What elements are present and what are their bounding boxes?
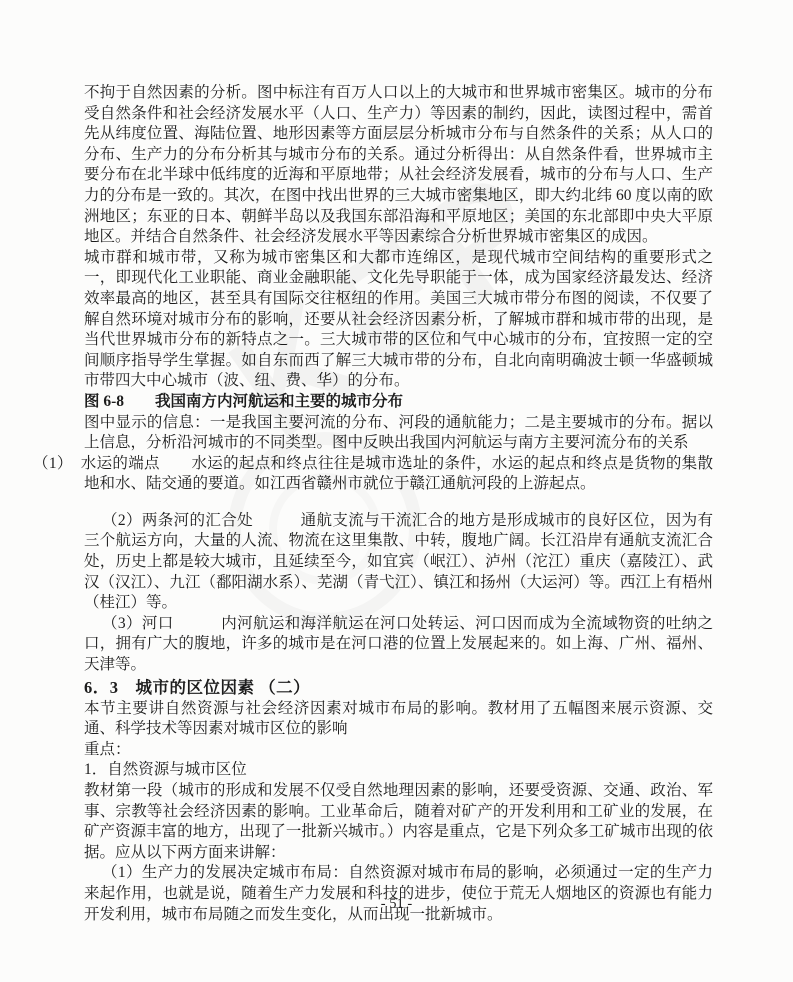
item-1-water-transport-endpoints: （1） 水运的端点 水运的起点和终点往往是城市选址的条件，水运的起点和终点是货物… xyxy=(84,454,713,495)
item-1-productivity-determines-layout: （1）生产力的发展决定城市布局：自然资源对城市布局的影响，必须通过一定的生产力来… xyxy=(84,863,713,925)
para-textbook-first-paragraph: 教材第一段（城市的形成和发展不仅受自然地理因素的影响，还要受资源、交通、政治、军… xyxy=(84,781,713,863)
item-3-estuary: （3）河口 内河航运和海洋航运在河口处转运、河口因而成为全流域物资的吐纳之口，拥… xyxy=(84,614,713,676)
document-content: 不拘于自然因素的分析。图中标注有百万人口以上的大城市和世界城市密集区。城市的分布… xyxy=(84,83,713,925)
label-key-points: 重点： xyxy=(84,740,713,761)
item-2-river-confluence: （2）两条河的汇合处 通航支流与干流汇合的地方是形成城市的良好区位，因为有三个航… xyxy=(84,511,713,614)
page-number: - 51 - xyxy=(0,896,793,913)
para-figure-information: 图中显示的信息：一是我国主要河流的分布、河段的通航能力；二是主要城市的分布。据以… xyxy=(84,413,713,454)
para-city-clusters-belts: 城市群和城市带，又称为城市密集区和大都市连绵区，是现代城市空间结构的重要形式之一… xyxy=(84,248,713,392)
item-natural-resources-city-location-title: 1．自然资源与城市区位 xyxy=(84,760,713,781)
blank-line xyxy=(84,495,713,511)
document-page: KEP 不拘于自然因素的分析。图中标注有百万人口以上的大城市和世界城市密集区。城… xyxy=(0,0,793,982)
para-city-distribution-analysis: 不拘于自然因素的分析。图中标注有百万人口以上的大城市和世界城市密集区。城市的分布… xyxy=(84,83,713,248)
section-6-3-heading: 6．3 城市的区位因素 （二） xyxy=(84,676,713,699)
para-section-overview: 本节主要讲自然资源与社会经济因素对城市布局的影响。教材用了五幅图来展示资源、交通… xyxy=(84,699,713,740)
figure-6-8-caption: 图 6-8 我国南方内河航运和主要的城市分布 xyxy=(84,392,713,413)
